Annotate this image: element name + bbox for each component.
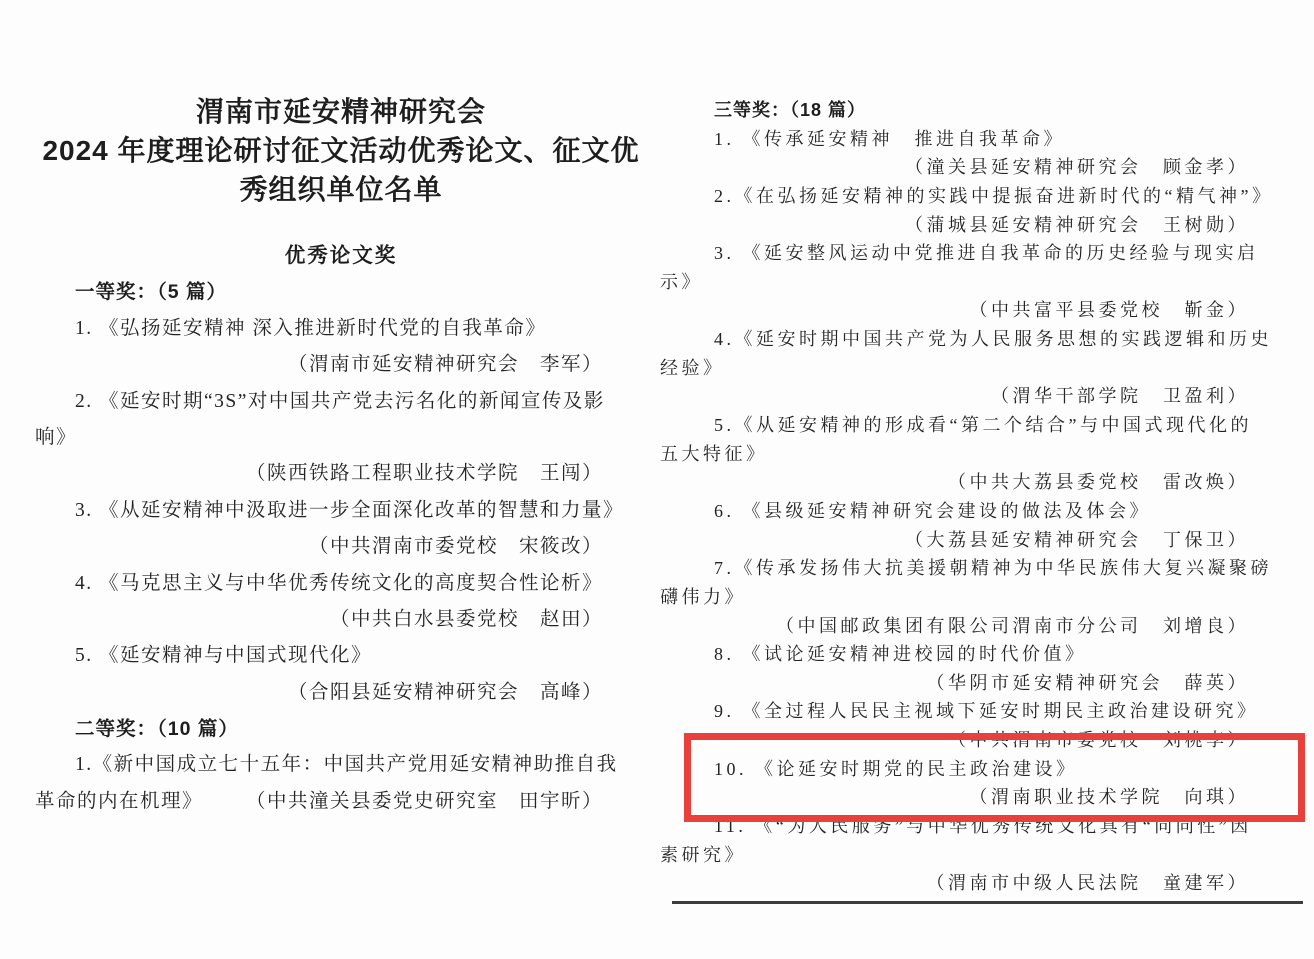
paper-title-continuation: 素研究》 [660,841,1305,870]
paper-title: 3. 《延安整风运动中党推进自我革命的历史经验与现实启 [660,239,1305,268]
paper-title-continuation: 礴伟力》 [660,583,1305,612]
paper-author-affiliation: （中共大荔县委党校 雷改焕） [660,468,1305,497]
right-page-column: 三等奖：（18 篇）1. 《传承延安精神 推进自我革命》（潼关县延安精神研究会 … [660,96,1305,898]
paper-author-affiliation: （中共渭南市委党校 宋筱改） [35,529,647,565]
paper-title-continuation: 革命的内在机理》 [35,784,203,820]
paper-author-affiliation: （大荔县延安精神研究会 丁保卫） [660,526,1305,555]
paper-author-affiliation: （蒲城县延安精神研究会 王树勋） [660,211,1305,240]
document-page: 渭南市延安精神研究会2024 年度理论研讨征文活动优秀论文、征文优秀组织单位名单… [0,0,1314,959]
paper-author-affiliation: （渭华干部学院 卫盈利） [660,382,1305,411]
paper-title: 2.《在弘扬延安精神的实践中提振奋进新时代的“精气神”》 [660,182,1305,211]
paper-title-continuation: 经验》 [660,354,1305,383]
paper-author-affiliation: （中国邮政集团有限公司渭南市分公司 刘增良） [660,612,1305,641]
paper-title-continuation: 五大特征》 [660,440,1305,469]
paper-title: 5.《从延安精神的形成看“第二个结合”与中国式现代化的 [660,411,1305,440]
paper-title: 1. 《弘扬延安精神 深入推进新时代党的自我革命》 [35,311,647,347]
paper-title: 2. 《延安时期“3S”对中国共产党去污名化的新闻宣传及影 [35,384,647,420]
award-tier-heading: 二等奖：（10 篇） [35,711,647,747]
paper-author-affiliation: （中共白水县委党校 赵田） [35,602,647,638]
paper-author-affiliation: （渭南职业技术学院 向琪） [660,783,1305,812]
paper-title-continuation: 示》 [660,268,1305,297]
award-tier-heading: 三等奖：（18 篇） [660,96,1305,125]
paper-title: 4. 《马克思主义与中华优秀传统文化的高度契合性论析》 [35,566,647,602]
paper-title-continuation: 响》 [35,420,647,456]
paper-author-affiliation: （中共潼关县委党史研究室 田宇昕） [246,784,603,820]
paper-author-affiliation: （中共渭南市委党校 刘桃李） [660,726,1305,755]
left-page-column: 渭南市延安精神研究会2024 年度理论研讨征文活动优秀论文、征文优秀组织单位名单… [35,92,647,820]
paper-author-affiliation: （陕西铁路工程职业技术学院 王闯） [35,456,647,492]
paper-title: 8. 《试论延安精神进校园的时代价值》 [660,640,1305,669]
paper-author-affiliation: （华阴市延安精神研究会 薛英） [660,669,1305,698]
award-tier-heading: 一等奖：（5 篇） [35,274,647,310]
paper-title: 7.《传承发扬伟大抗美援朝精神为中华民族伟大复兴凝聚磅 [660,554,1305,583]
paper-author-affiliation: （渭南市延安精神研究会 李军） [35,347,647,383]
paper-author-affiliation: （中共富平县委党校 靳金） [660,296,1305,325]
paper-title: 1. 《传承延安精神 推进自我革命》 [660,125,1305,154]
paper-title: 9. 《全过程人民民主视域下延安时期民主政治建设研究》 [660,697,1305,726]
paper-author-affiliation: （渭南市中级人民法院 童建军） [660,869,1305,898]
paper-continuation-and-author: 革命的内在机理》（中共潼关县委党史研究室 田宇昕） [35,784,647,820]
paper-title: 1.《新中国成立七十五年：中国共产党用延安精神助推自我 [35,747,647,783]
document-title-line: 渭南市延安精神研究会 [35,92,647,131]
paper-title: 5. 《延安精神与中国式现代化》 [35,638,647,674]
paper-title: 10. 《论延安时期党的民主政治建设》 [660,755,1305,784]
page-bottom-rule [672,901,1303,904]
paper-title: 4.《延安时期中国共产党为人民服务思想的实践逻辑和历史 [660,325,1305,354]
paper-title: 11. 《“为人民服务”与中华优秀传统文化具有“同向性”因 [660,812,1305,841]
paper-author-affiliation: （合阳县延安精神研究会 高峰） [35,675,647,711]
award-category-heading: 优秀论文奖 [35,238,647,274]
paper-author-affiliation: （潼关县延安精神研究会 顾金孝） [660,153,1305,182]
document-title-line: 2024 年度理论研讨征文活动优秀论文、征文优 [35,131,647,170]
paper-title: 3. 《从延安精神中汲取进一步全面深化改革的智慧和力量》 [35,493,647,529]
paper-title: 6. 《县级延安精神研究会建设的做法及体会》 [660,497,1305,526]
document-title-line: 秀组织单位名单 [35,170,647,209]
